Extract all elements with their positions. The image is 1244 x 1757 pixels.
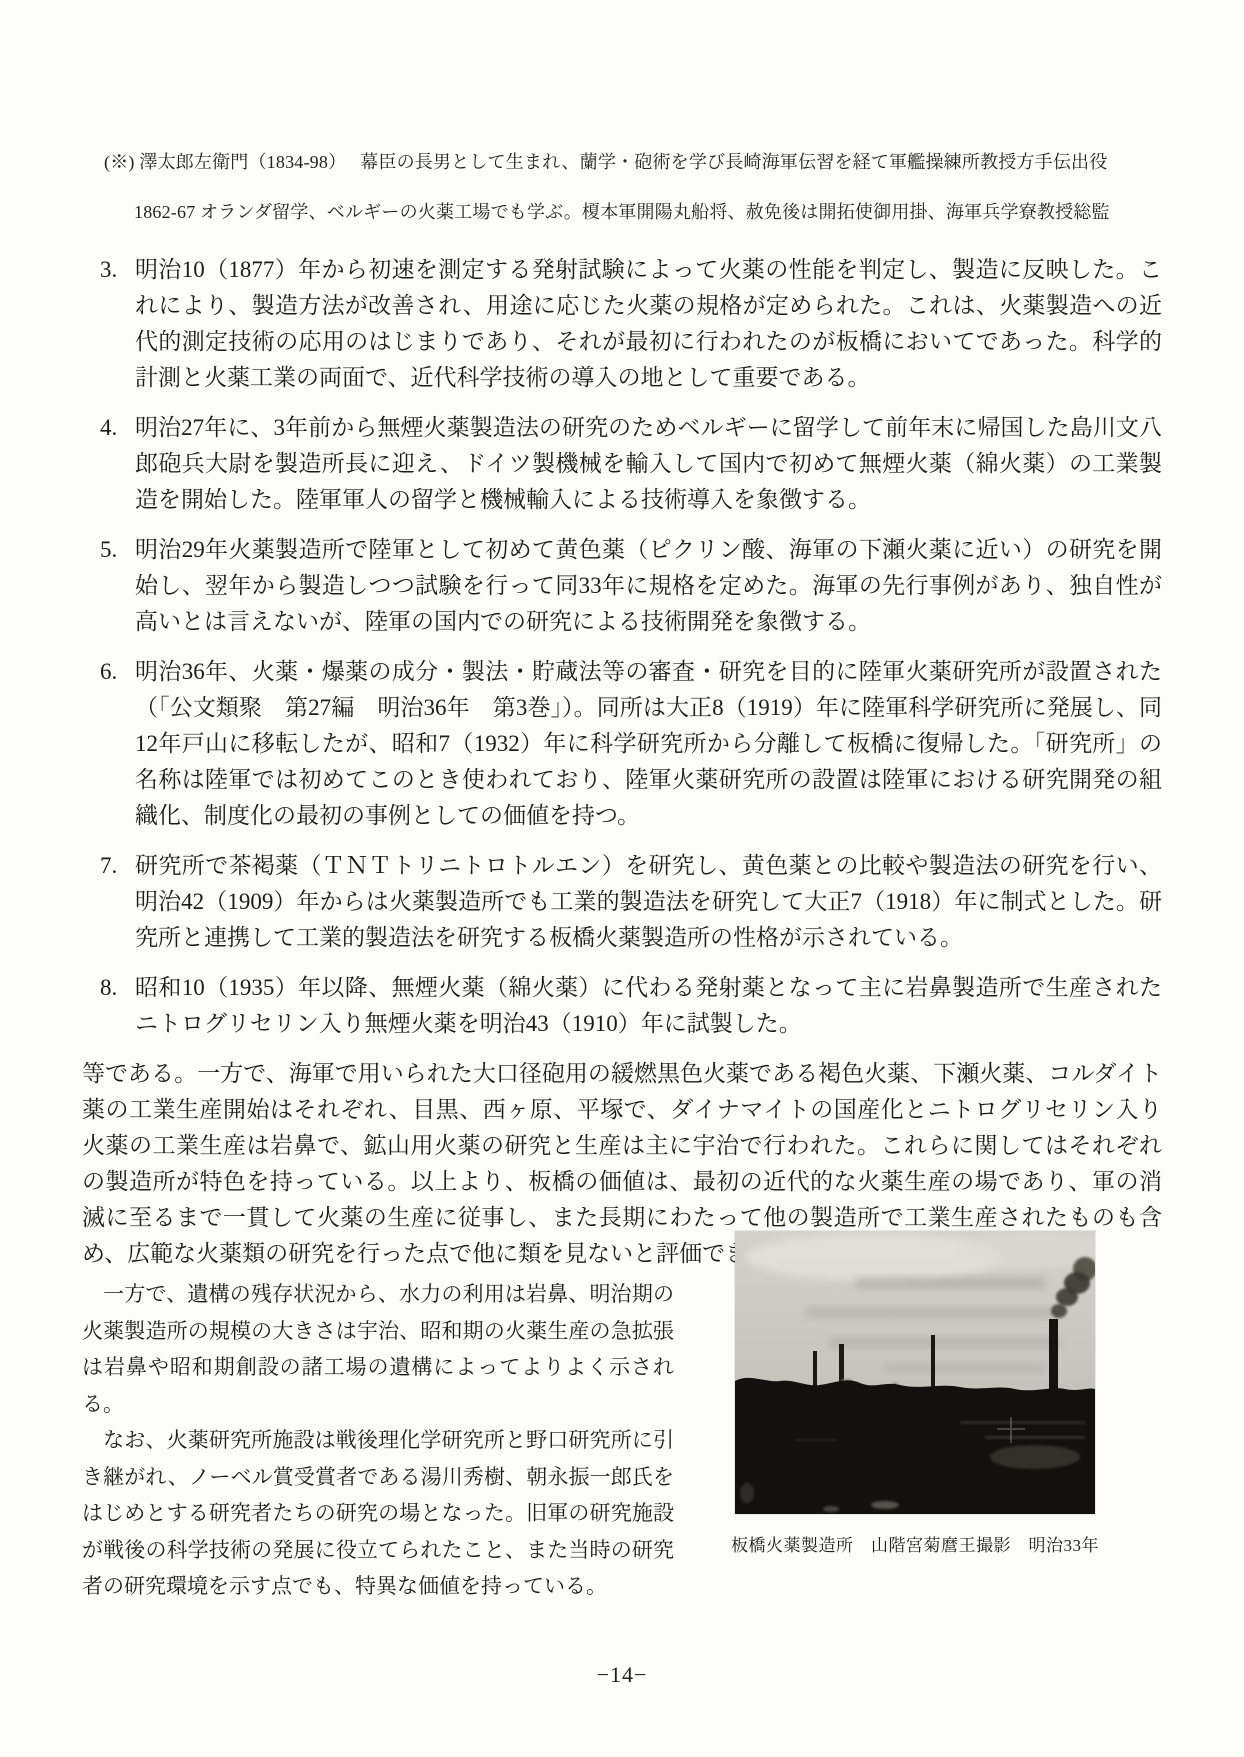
item-text: 明治10（1877）年から初速を測定する発射試験によって火薬の性能を判定し、製造…	[135, 252, 1162, 396]
item-number: 4.	[100, 410, 117, 446]
footnote-line-2: 1862-67 オランダ留学、ベルギーの火薬工場でも学ぶ。榎本軍開陽丸船将、赦免…	[82, 198, 1162, 226]
numbered-item-7: 7. 研究所で茶褐薬（ＴＮＴトリニトロトルエン）を研究し、黄色薬との比較や製造法…	[82, 848, 1162, 956]
numbered-item-list: 3. 明治10（1877）年から初速を測定する発射試験によって火薬の性能を判定し…	[82, 252, 1162, 1042]
item-text: 明治36年、火薬・爆薬の成分・製法・貯蔵法等の審査・研究を目的に陸軍火薬研究所が…	[135, 654, 1162, 834]
numbered-item-4: 4. 明治27年に、3年前から無煙火薬製造法の研究のためベルギーに留学して前年末…	[82, 410, 1162, 518]
numbered-item-8: 8. 昭和10（1935）年以降、無煙火薬（綿火薬）に代わる発射薬となって主に岩…	[82, 970, 1162, 1042]
factory-photo-figure: 板橋火薬製造所 山階宮菊麿王撮影 明治33年	[735, 1231, 1095, 1514]
footnote-block: (※) 澤太郎左衛門（1834-98） 幕臣の長男として生まれ、蘭学・砲術を学び…	[82, 148, 1162, 226]
photo-caption: 板橋火薬製造所 山階宮菊麿王撮影 明治33年	[660, 1531, 1170, 1556]
item-number: 7.	[100, 848, 117, 884]
item-text: 研究所で茶褐薬（ＴＮＴトリニトロトルエン）を研究し、黄色薬との比較や製造法の研究…	[135, 848, 1162, 956]
numbered-item-6: 6. 明治36年、火薬・爆薬の成分・製法・貯蔵法等の審査・研究を目的に陸軍火薬研…	[82, 654, 1162, 834]
page-number: −14−	[0, 1662, 1244, 1688]
item-number: 6.	[100, 654, 117, 690]
column-paragraph-1: 一方で、遺構の残存状況から、水力の利用は岩鼻、明治期の火薬製造所の規模の大きさは…	[82, 1276, 674, 1422]
item-number: 8.	[100, 970, 117, 1006]
numbered-item-3: 3. 明治10（1877）年から初速を測定する発射試験によって火薬の性能を判定し…	[82, 252, 1162, 396]
factory-photo	[735, 1231, 1095, 1514]
item-number: 5.	[100, 532, 117, 568]
column-paragraph-2: なお、火薬研究所施設は戦後理化学研究所と野口研究所に引き継がれ、ノーベル賞受賞者…	[82, 1422, 674, 1605]
document-page: (※) 澤太郎左衛門（1834-98） 幕臣の長男として生まれ、蘭学・砲術を学び…	[0, 0, 1244, 1757]
footnote-line-1: (※) 澤太郎左衛門（1834-98） 幕臣の長男として生まれ、蘭学・砲術を学び…	[82, 148, 1162, 176]
item-text: 明治27年に、3年前から無煙火薬製造法の研究のためベルギーに留学して前年末に帰国…	[135, 410, 1162, 518]
left-text-column: 一方で、遺構の残存状況から、水力の利用は岩鼻、明治期の火薬製造所の規模の大きさは…	[82, 1276, 674, 1605]
item-text: 昭和10（1935）年以降、無煙火薬（綿火薬）に代わる発射薬となって主に岩鼻製造…	[135, 970, 1162, 1042]
item-text: 明治29年火薬製造所で陸軍として初めて黄色薬（ピクリン酸、海軍の下瀬火薬に近い）…	[135, 532, 1162, 640]
numbered-item-5: 5. 明治29年火薬製造所で陸軍として初めて黄色薬（ピクリン酸、海軍の下瀬火薬に…	[82, 532, 1162, 640]
item-number: 3.	[100, 252, 117, 288]
